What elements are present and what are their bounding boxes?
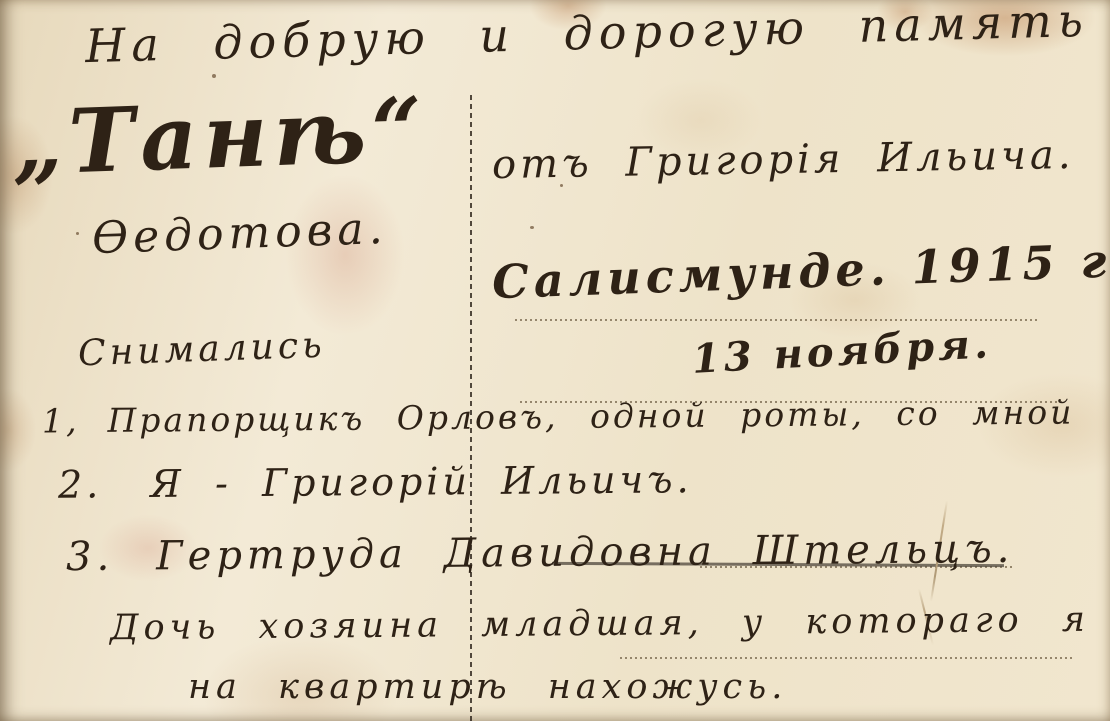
entry-text: Прапорщикъ Орловъ, одной роты, со мной (107, 395, 1074, 436)
paper-speck (530, 226, 534, 229)
entry-number: 1, (42, 404, 80, 437)
postcard-back: На добрую и дорогую память „Танѣ“ отъ Гр… (0, 0, 1110, 721)
sender-line: отъ Григорія Ильича. (492, 135, 1075, 185)
date-line: 13 ноября. (691, 324, 993, 380)
entry-text: Гертруда Давидовна Штельцъ. (156, 529, 1015, 576)
photo-caption: Снимались (77, 328, 326, 373)
sender-surname: Ѳедотова. (91, 207, 388, 261)
list-entry: 1, Прапорщикъ Орловъ, одной роты, со мно… (42, 395, 1075, 437)
note-line: Дочь хозяина младшая, у котораго я (110, 603, 1090, 647)
address-dotted-line (620, 657, 1075, 659)
dedication-line: На добрую и дорогую память (85, 0, 1090, 69)
paper-speck (76, 232, 79, 235)
list-entry: 3. Гертруда Давидовна Штельцъ. (66, 529, 1015, 577)
entry-number: 2. (58, 465, 103, 503)
list-entry: 2. Я - Григорій Ильичъ. (58, 460, 693, 504)
note-line: на квартирѣ нахожусь. (188, 670, 787, 705)
entry-text: Я - Григорій Ильичъ. (150, 460, 693, 503)
addressee-name: „Танѣ“ (11, 85, 430, 187)
place-and-year: Салисмунде. 1915 г. (491, 237, 1110, 305)
entry-number: 3. (66, 537, 115, 577)
paper-speck (212, 74, 216, 78)
